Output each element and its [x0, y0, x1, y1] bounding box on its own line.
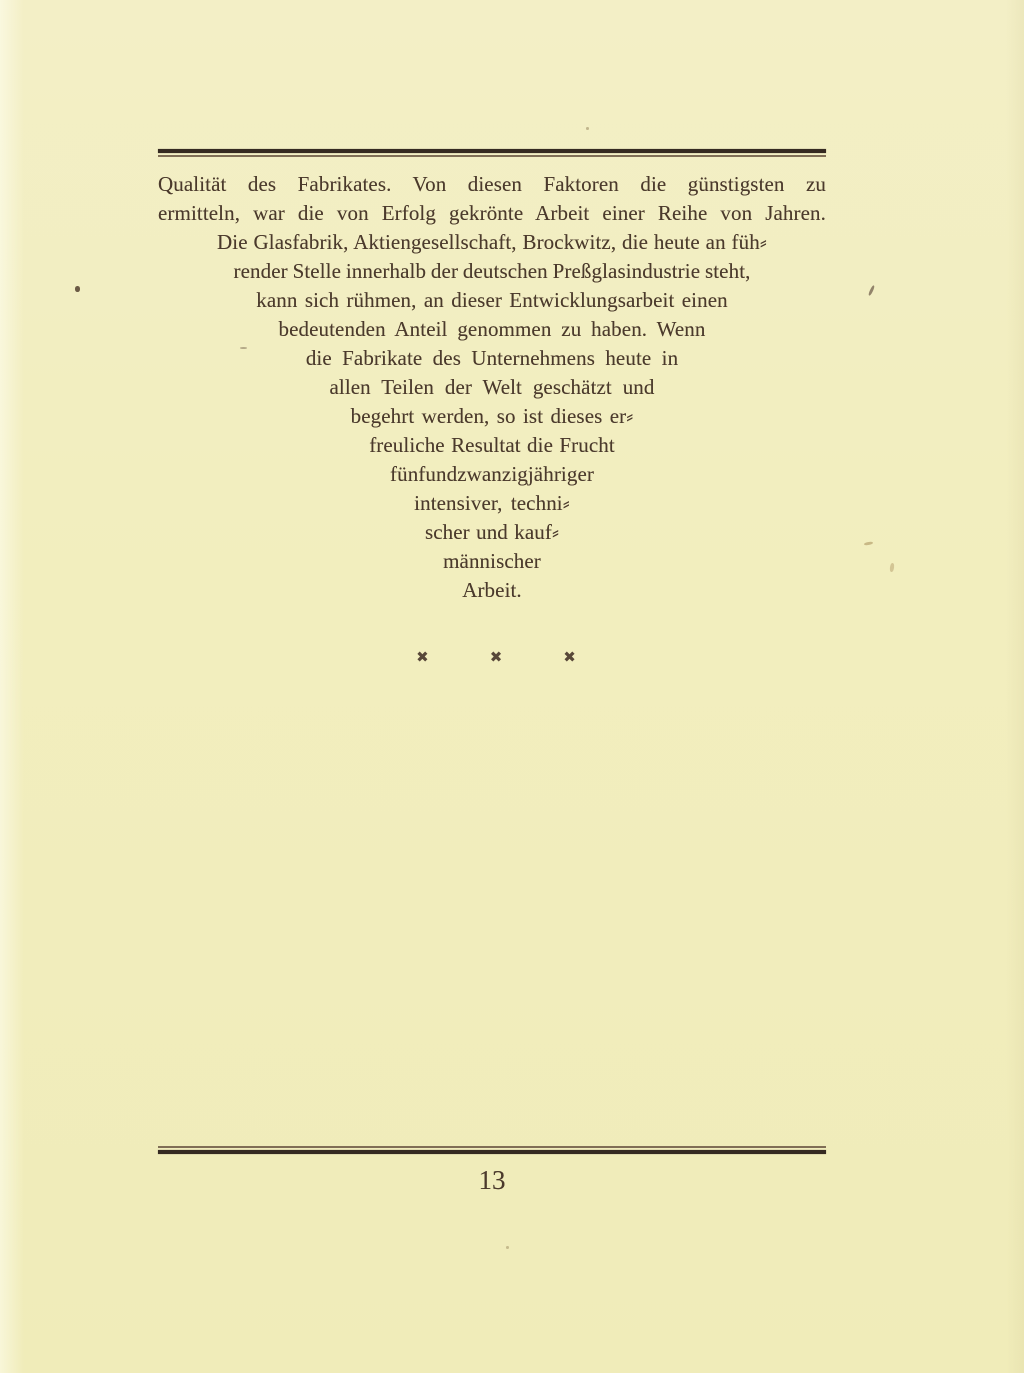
text-line: kann sich rühmen, an dieser Entwicklungs…	[158, 286, 826, 315]
bottom-divider-thick-rule	[158, 1150, 826, 1154]
ink-speck	[586, 127, 589, 130]
text-line: render Stelle innerhalb der deutschen Pr…	[158, 257, 826, 286]
bottom-divider	[158, 1146, 826, 1154]
text-line: bedeutenden Anteil genommen zu haben. We…	[158, 315, 826, 344]
page-number: 13	[158, 1164, 826, 1196]
ink-speck	[75, 286, 80, 292]
text-line: intensiver, techni⸗	[158, 489, 826, 518]
text-line: begehrt werden, so ist dieses er⸗	[158, 402, 826, 431]
top-divider-thin-rule	[158, 155, 826, 157]
text-line: allen Teilen der Welt geschätzt und	[158, 373, 826, 402]
book-page: Qualität des Fabrikates. Von diesen Fakt…	[0, 0, 1024, 1373]
text-line: ermitteln, war die von Erfolg gekrönte A…	[158, 199, 826, 228]
ink-speck	[506, 1246, 509, 1249]
text-line: scher und kauf⸗	[158, 518, 826, 547]
body-text: Qualität des Fabrikates. Von diesen Fakt…	[158, 170, 826, 605]
bottom-divider-thin-rule	[158, 1146, 826, 1148]
text-line: männischer	[158, 547, 826, 576]
asterisk-icon: ✖	[563, 650, 576, 665]
section-break: ✖ ✖ ✖	[158, 650, 826, 665]
ink-speck	[868, 285, 875, 296]
text-line: Die Glasfabrik, Aktiengesellschaft, Broc…	[158, 228, 826, 257]
top-divider	[158, 149, 826, 157]
text-line: fünfundzwanzigjähriger	[158, 460, 826, 489]
text-line: Qualität des Fabrikates. Von diesen Fakt…	[158, 170, 826, 199]
asterisk-icon: ✖	[490, 650, 503, 665]
ink-speck	[240, 347, 247, 349]
ink-speck	[889, 563, 894, 572]
text-line: freuliche Resultat die Frucht	[158, 431, 826, 460]
text-line: Arbeit.	[158, 576, 826, 605]
ink-speck	[864, 541, 873, 546]
asterisk-icon: ✖	[416, 650, 429, 665]
text-line: die Fabrikate des Unternehmens heute in	[158, 344, 826, 373]
